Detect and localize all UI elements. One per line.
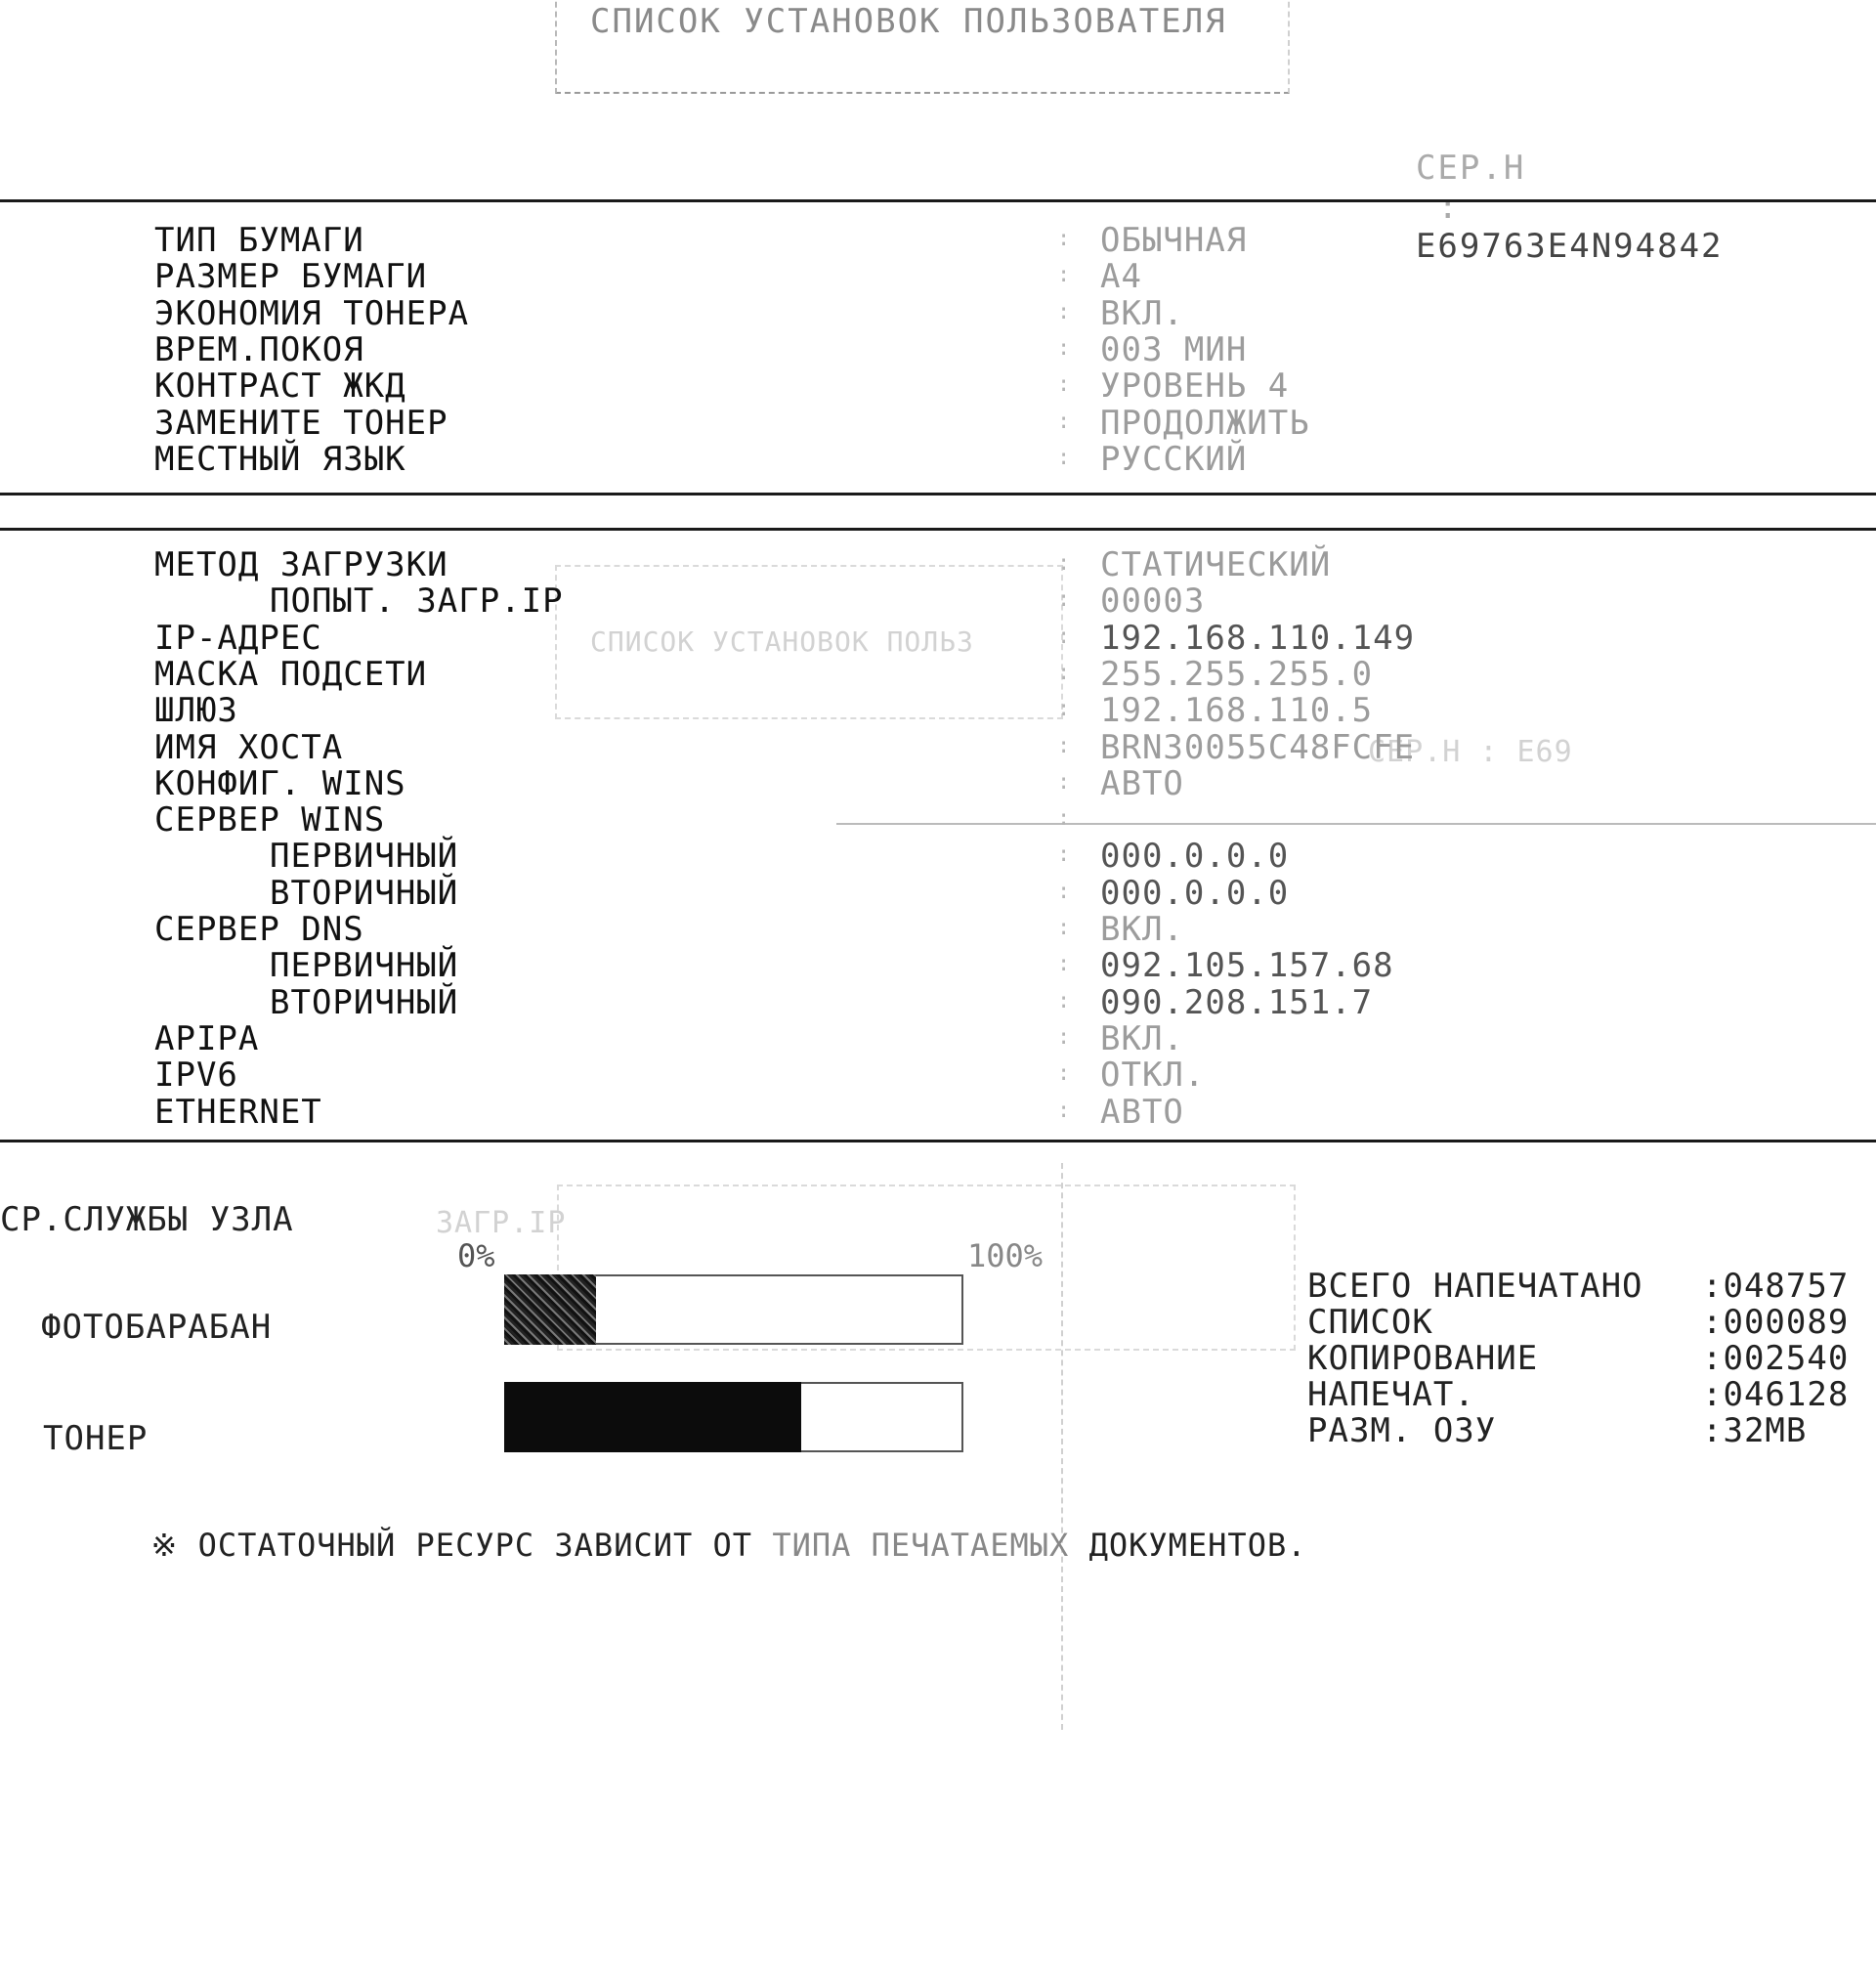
setting-colon: : [1057,587,1070,612]
drum-life-fill [504,1274,596,1345]
setting-label: ВТОРИЧНЫЙ [270,874,458,913]
divider-top [0,199,1876,202]
setting-colon: : [1057,989,1070,1013]
setting-value: АВТО [1100,764,1184,803]
drum-life-gauge [504,1274,963,1345]
setting-row: СЕРВЕР WINS: [0,800,1876,837]
setting-row: СЕРВЕР DNS:ВКЛ. [0,910,1876,946]
setting-label: ЭКОНОМИЯ ТОНЕРА [154,294,469,333]
setting-value: ПРОДОЛЖИТЬ [1100,404,1310,443]
maintenance-title: СР.СЛУЖБЫ УЗЛА [0,1200,294,1239]
setting-label: ЗАМЕНИТЕ ТОНЕР [154,404,448,443]
setting-value: ОБЫЧНАЯ [1100,221,1247,260]
drum-label: ФОТОБАРАБАН [41,1308,272,1347]
setting-colon: : [1057,625,1070,649]
setting-label: КОНТРАСТ ЖКД [154,366,406,406]
setting-value: 255.255.255.0 [1100,655,1373,694]
setting-label: ПОПЫТ. ЗАГР.IP [270,582,564,621]
scale-min-label: 0% [457,1237,495,1274]
setting-row: ШЛЮЗ:192.168.110.5 [0,691,1876,727]
report-title: СПИСОК УСТАНОВОК ПОЛЬЗОВАТЕЛЯ [590,2,1227,41]
toner-life-fill [504,1382,801,1452]
setting-row: РАЗМЕР БУМАГИ:A4 [0,257,1876,293]
setting-row: МЕСТНЫЙ ЯЗЫК:РУССКИЙ [0,440,1876,476]
setting-row: ПЕРВИЧНЫЙ:092.105.157.68 [0,946,1876,982]
counter-label: СПИСОК [1307,1303,1433,1342]
setting-value: ВКЛ. [1100,294,1184,333]
setting-label: ETHERNET [154,1093,322,1132]
setting-row: IP-АДРЕС:192.168.110.149 [0,619,1876,655]
setting-row: IPV6:ОТКЛ. [0,1056,1876,1092]
setting-label: IPV6 [154,1056,238,1095]
footnote-text: ※ ОСТАТОЧНЫЙ РЕСУРС ЗАВИСИТ ОТ [151,1527,773,1564]
setting-colon: : [1057,300,1070,324]
setting-colon: : [1057,551,1070,576]
setting-colon: : [1057,661,1070,685]
setting-colon: : [1057,263,1070,287]
setting-row: МАСКА ПОДСЕТИ:255.255.255.0 [0,655,1876,691]
setting-label: ВТОРИЧНЫЙ [270,983,458,1022]
footnote: ※ ОСТАТОЧНЫЙ РЕСУРС ЗАВИСИТ ОТ ТИПА ПЕЧА… [111,1489,1306,1564]
setting-colon: : [1057,806,1070,831]
footnote-faded: ТИПА ПЕЧАТАЕМЫХ [772,1527,1088,1564]
setting-value: 00003 [1100,582,1205,621]
setting-row: APIPA:ВКЛ. [0,1019,1876,1056]
ghost-vertical-line [1061,1163,1065,1730]
setting-value: 090.208.151.7 [1100,983,1373,1022]
counter-label: РАЗМ. ОЗУ [1307,1411,1496,1450]
setting-colon: : [1057,697,1070,721]
setting-colon: : [1057,1099,1070,1123]
counter-value: :048757 [1702,1267,1849,1306]
setting-label: ИМЯ ХОСТА [154,728,343,767]
setting-value: 192.168.110.5 [1100,691,1373,730]
setting-row: ТИП БУМАГИ:ОБЫЧНАЯ [0,221,1876,257]
counter-value: :32MB [1702,1411,1807,1450]
counter-value: :000089 [1702,1303,1849,1342]
setting-value: A4 [1100,257,1142,296]
setting-label: МЕТОД ЗАГРУЗКИ [154,545,448,584]
setting-value: BRN30055C48FCFE [1100,728,1415,767]
setting-colon: : [1057,770,1070,795]
setting-value: ВКЛ. [1100,1019,1184,1058]
counter-label: ВСЕГО НАПЕЧАТАНО [1307,1267,1643,1306]
setting-row: ПОПЫТ. ЗАГР.IP:00003 [0,582,1876,618]
setting-colon: : [1057,880,1070,904]
setting-value: СТАТИЧЕСКИЙ [1100,545,1331,584]
setting-label: ПЕРВИЧНЫЙ [270,837,458,876]
setting-colon: : [1057,842,1070,867]
setting-label: МАСКА ПОДСЕТИ [154,655,427,694]
divider-network-start [0,528,1876,531]
setting-colon: : [1057,446,1070,470]
setting-value: РУССКИЙ [1100,440,1247,479]
setting-label: РАЗМЕР БУМАГИ [154,257,427,296]
setting-label: КОНФИГ. WINS [154,764,406,803]
setting-value: 003 МИН [1100,330,1247,369]
setting-colon: : [1057,952,1070,976]
setting-colon: : [1057,227,1070,251]
serial-label: СЕР.Н [1416,149,1525,188]
setting-label: IP-АДРЕС [154,619,322,658]
setting-row: ПЕРВИЧНЫЙ:000.0.0.0 [0,837,1876,873]
setting-label: МЕСТНЫЙ ЯЗЫК [154,440,406,479]
setting-row: КОНФИГ. WINS:АВТО [0,764,1876,800]
setting-value: 192.168.110.149 [1100,619,1415,658]
setting-value: 092.105.157.68 [1100,946,1394,985]
setting-colon: : [1057,1025,1070,1050]
setting-label: ШЛЮЗ [154,691,238,730]
ghost-zagr-ip: ЗАГР.IP [436,1206,566,1240]
setting-row: ВРЕМ.ПОКОЯ:003 МИН [0,330,1876,366]
setting-row: ЗАМЕНИТЕ ТОНЕР:ПРОДОЛЖИТЬ [0,404,1876,440]
footnote-tail: ДОКУМЕНТОВ. [1089,1527,1307,1564]
setting-value: АВТО [1100,1093,1184,1132]
setting-row: ETHERNET:АВТО [0,1093,1876,1129]
setting-row: ВТОРИЧНЫЙ:000.0.0.0 [0,874,1876,910]
setting-colon: : [1057,409,1070,434]
counter-value: :046128 [1702,1375,1849,1414]
setting-colon: : [1057,916,1070,940]
setting-value: ОТКЛ. [1100,1056,1205,1095]
setting-value: 000.0.0.0 [1100,837,1289,876]
setting-label: СЕРВЕР WINS [154,800,385,840]
setting-colon: : [1057,1061,1070,1086]
divider-general-end [0,493,1876,495]
toner-life-gauge [504,1382,963,1452]
counter-label: НАПЕЧАТ. [1307,1375,1475,1414]
counter-label: КОПИРОВАНИЕ [1307,1339,1538,1378]
setting-value: ВКЛ. [1100,910,1184,949]
setting-label: ПЕРВИЧНЫЙ [270,946,458,985]
setting-row: ВТОРИЧНЫЙ:090.208.151.7 [0,983,1876,1019]
counter-value: :002540 [1702,1339,1849,1378]
setting-row: КОНТРАСТ ЖКД:УРОВЕНЬ 4 [0,366,1876,403]
setting-label: ВРЕМ.ПОКОЯ [154,330,364,369]
setting-row: МЕТОД ЗАГРУЗКИ:СТАТИЧЕСКИЙ [0,545,1876,582]
toner-label: ТОНЕР [43,1419,148,1458]
setting-colon: : [1057,734,1070,758]
scale-max-label: 100% [967,1237,1043,1274]
divider-network-end [0,1140,1876,1142]
setting-label: СЕРВЕР DNS [154,910,364,949]
setting-row: ЭКОНОМИЯ ТОНЕРА:ВКЛ. [0,294,1876,330]
setting-row: ИМЯ ХОСТА:BRN30055C48FCFE [0,728,1876,764]
setting-label: ТИП БУМАГИ [154,221,364,260]
setting-value: УРОВЕНЬ 4 [1100,366,1289,406]
setting-label: APIPA [154,1019,259,1058]
setting-colon: : [1057,336,1070,361]
setting-colon: : [1057,372,1070,397]
setting-value: 000.0.0.0 [1100,874,1289,913]
